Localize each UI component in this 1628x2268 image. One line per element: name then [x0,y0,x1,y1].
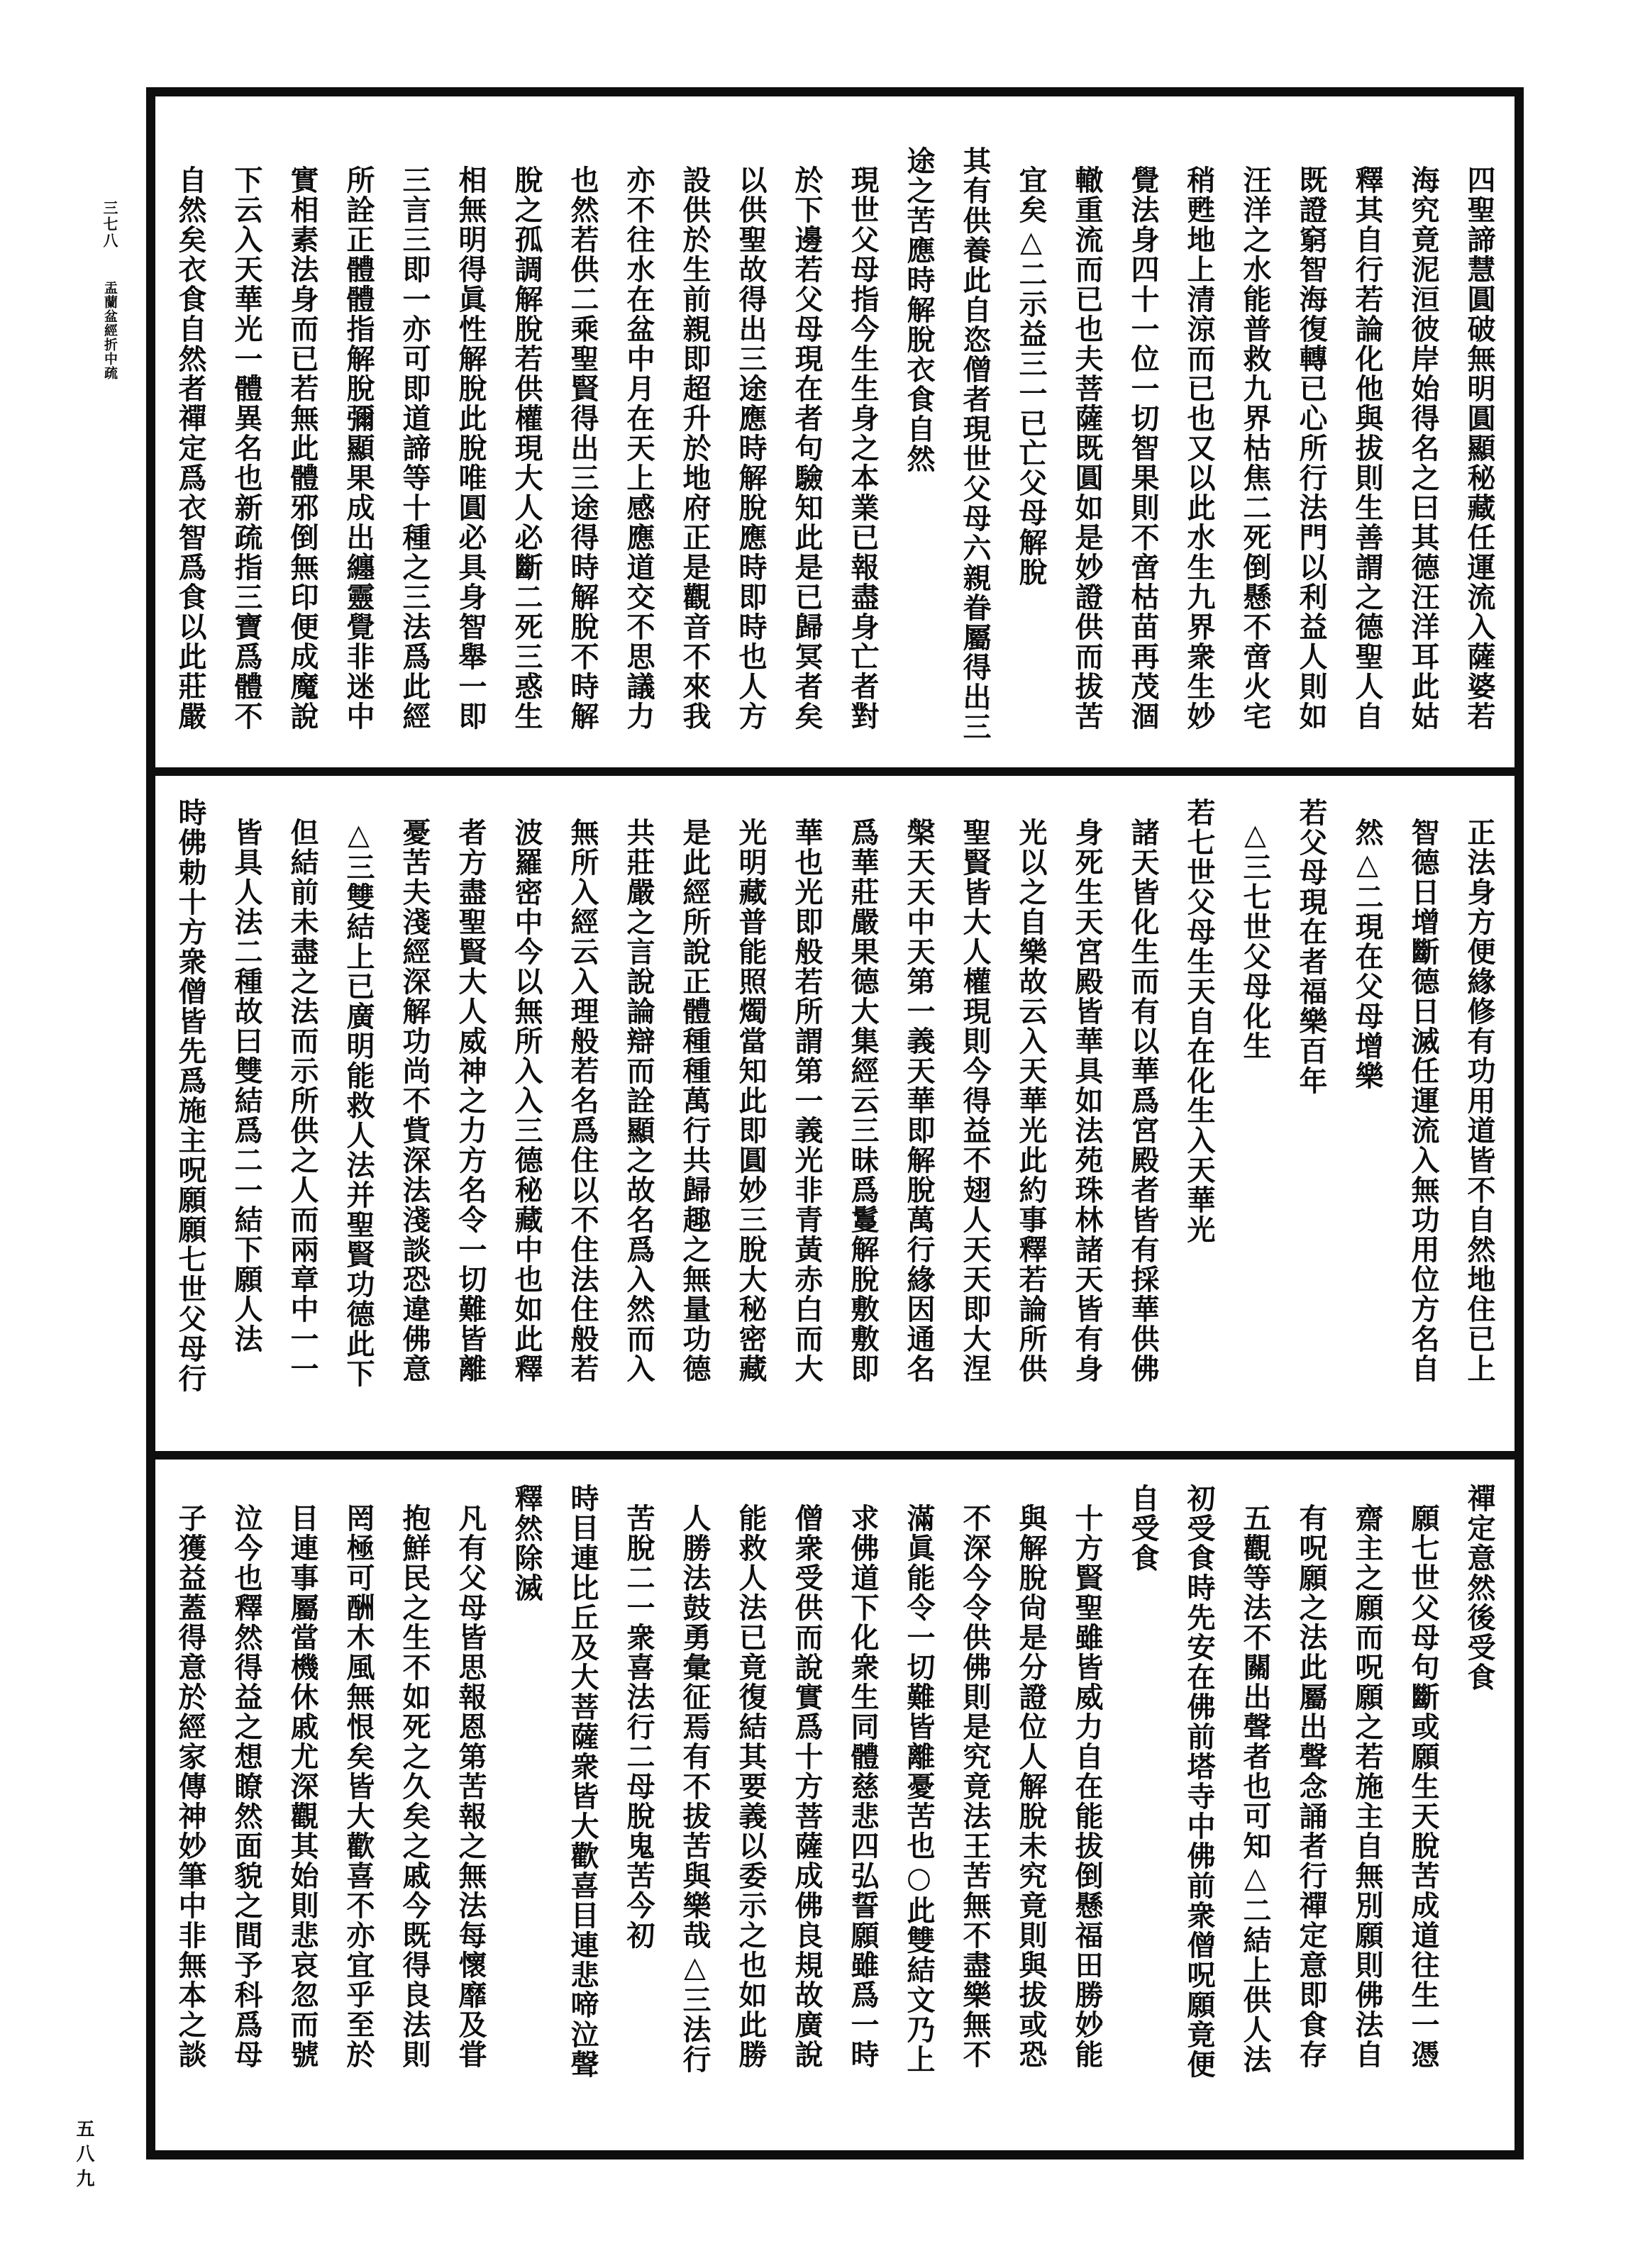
commentary-column: 但結前未盡之法而示所供之人而兩章中一一 [275,776,331,1451]
commentary-column: 三言三即一亦可即道諦等十種之三法爲此經 [387,96,443,767]
commentary-column: 人勝法鼓勇彙征焉有不拔苦與樂哉△三法行 [667,1460,723,2150]
commentary-column: 稍甦地上清涼而已也又以此水生九界衆生妙 [1171,96,1227,767]
commentary-column: 諸天皆化生而有以華爲宮殿者皆有採華供佛 [1115,776,1171,1451]
commentary-column: 四聖諦慧圓破無明圓顯秘藏任運流入薩婆若 [1451,96,1507,767]
band-bottom: 禪定意然後受食願七世父母句斷或願生天脫苦成道往生一憑齋主之願而呪願之若施主自無別… [155,1460,1515,2150]
commentary-column: 爲華莊嚴果德大集經云三昧爲鬘解脫敷敷即 [835,776,891,1451]
commentary-column: 智德日增斷德日滅任運流入無功用位方名自 [1395,776,1451,1451]
commentary-column: 目連事屬當機休戚尤深觀其始則悲哀忽而號 [275,1460,331,2150]
commentary-column: 設供於生前親即超升於地府正是觀音不來我 [667,96,723,767]
commentary-column: 現世父母指今生生身之本業已報盡身亡者對 [835,96,891,767]
commentary-column: 以供聖故得出三途應時解脫應時即時也人方 [723,96,779,767]
commentary-column: 是此經所說正體種種萬行共歸趣之無量功德 [667,776,723,1451]
commentary-column: 槃天天中天第一義天華即解脫萬行緣因通名 [891,776,947,1451]
sutra-quote-column: 若七世父母生天自在化生入天華光 [1171,776,1227,1451]
text-frame: 四聖諦慧圓破無明圓顯秘藏任運流入薩婆若海究竟泥洹彼岸始得名之曰其德汪洋耳此姑釋其… [146,87,1524,2159]
band-divider [155,1451,1515,1460]
commentary-column: 身死生天宮殿皆華具如法苑珠林諸天皆有身 [1059,776,1115,1451]
margin-header: 三七八 盂蘭盆經折中疏 [99,200,121,380]
commentary-column: 也然若供二乘聖賢得出三途得時解脫不時解 [555,96,611,767]
band-middle: 正法身方便緣修有功用道皆不自然地住已上智德日增斷德日滅任運流入無功用位方名自然△… [155,776,1515,1451]
commentary-column: 十方賢聖雖皆威力自在能拔倒懸福田勝妙能 [1059,1460,1115,2150]
margin-running-title: 盂蘭盆經折中疏 [101,281,120,380]
commentary-column: 宜矣△二示益三一已亡父母解脫 [1003,96,1059,767]
scanned-sutra-page: { "document": { "margin": { "volume_page… [0,0,1628,2268]
commentary-column: 覺法身四十一位一切智果則不啻枯苗再茂涸 [1115,96,1171,767]
page-number: 五八九 [71,2119,97,2194]
commentary-column: 轍重流而已也夫菩薩既圓如是妙證供而拔苦 [1059,96,1115,767]
commentary-column: 相無明得眞性解脫此脫唯圓必具身智舉一即 [443,96,499,767]
commentary-column: 光明藏普能照燭當知此即圓妙三脫大秘密藏 [723,776,779,1451]
commentary-column: 華也光即般若所謂第一義光非青黃赤白而大 [779,776,835,1451]
commentary-column: 汪洋之水能普救九界枯焦二死倒懸不啻火宅 [1227,96,1283,767]
commentary-column: 釋其自行若論化他與拔則生善謂之德聖人自 [1339,96,1395,767]
commentary-column: 凡有父母皆思報恩第苦報之無法每懷靡及甞 [443,1460,499,2150]
commentary-column: 於下邊若父母現在者句驗知此是已歸冥者矣 [779,96,835,767]
sutra-quote-column: 其有供養此自恣僧者現世父母六親眷屬得出三 [947,96,1003,767]
commentary-column: 海究竟泥洹彼岸始得名之曰其德汪洋耳此姑 [1395,96,1451,767]
commentary-column: 子獲益蓋得意於經家傳神妙筆中非無本之談 [162,1460,218,2150]
sutra-quote-column: 時佛勅十方衆僧皆先爲施主呪願願七世父母行 [162,776,218,1451]
commentary-column: 實相素法身而已若無此體邪倒無印便成魔說 [275,96,331,767]
commentary-column: 光以之自樂故云入天華光此約事釋若論所供 [1003,776,1059,1451]
band-top: 四聖諦慧圓破無明圓顯秘藏任運流入薩婆若海究竟泥洹彼岸始得名之曰其德汪洋耳此姑釋其… [155,96,1515,767]
commentary-column: 五觀等法不關出聲者也可知△二結上供人法 [1227,1460,1283,2150]
commentary-column: 聖賢皆大人權現則今得益不翅人天天即大涅 [947,776,1003,1451]
band-divider [155,767,1515,776]
commentary-column: 苦脫二一衆喜法行二母脫鬼苦今初 [611,1460,667,2150]
commentary-column: 不深今令供佛則是究竟法王苦無不盡樂無不 [947,1460,1003,2150]
commentary-column: 泣今也釋然得益之想瞭然面貌之間予科爲母 [218,1460,275,2150]
commentary-column: 正法身方便緣修有功用道皆不自然地住已上 [1451,776,1507,1451]
commentary-column: 無所入經云入理般若名爲住以不住法住般若 [555,776,611,1451]
commentary-column: 有呪願之法此屬出聲念誦者行禪定意即食存 [1283,1460,1339,2150]
commentary-column: 自然矣衣食自然者禪定爲衣智爲食以此莊嚴 [162,96,218,767]
commentary-column: 所詮正體體指解脫彌顯果成出纏靈覺非迷中 [331,96,387,767]
commentary-column: 齋主之願而呪願之若施主自無別願則佛法自 [1339,1460,1395,2150]
commentary-column: 波羅密中今以無所入入三德秘藏中也如此釋 [499,776,555,1451]
sutra-quote-column: 途之苦應時解脫衣食自然 [891,96,947,767]
commentary-column: 亦不往水在盆中月在天上感應道交不思議力 [611,96,667,767]
commentary-column: 與解脫尙是分證位人解脫未究竟則與拔或恐 [1003,1460,1059,2150]
sutra-quote-column: 時目連比丘及大菩薩衆皆大歡喜目連悲啼泣聲 [555,1460,611,2150]
sutra-quote-column: 禪定意然後受食 [1451,1460,1507,2150]
commentary-column: 脫之孤調解脫若供權現大人必斷二死三惑生 [499,96,555,767]
sutra-quote-column: 釋然除滅 [499,1460,555,2150]
commentary-column: 然△二現在父母增樂 [1339,776,1395,1451]
commentary-column: △三雙結上已廣明能救人法并聖賢功德此下 [331,776,387,1451]
margin-volume-page: 三七八 [101,200,119,249]
sutra-quote-column: 若父母現在者福樂百年 [1283,776,1339,1451]
commentary-column: 既證窮智海復轉已心所行法門以利益人則如 [1283,96,1339,767]
commentary-column: 共莊嚴之言說論辯而詮顯之故名爲入然而入 [611,776,667,1451]
commentary-column: 罔極可酬木風無恨矣皆大歡喜不亦宜乎至於 [331,1460,387,2150]
commentary-column: 能救人法已竟復結其要義以委示之也如此勝 [723,1460,779,2150]
sutra-quote-column: 初受食時先安在佛前塔寺中佛前衆僧呪願竟便 [1171,1460,1227,2150]
commentary-column: 下云入天華光一體異名也新疏指三寶爲體不 [218,96,275,767]
sutra-quote-column: 自受食 [1115,1460,1171,2150]
commentary-column: 滿眞能令一切難皆離憂苦也○此雙結文乃上 [891,1460,947,2150]
commentary-column: 者方盡聖賢大人威神之力方名令一切難皆離 [443,776,499,1451]
commentary-column: 願七世父母句斷或願生天脫苦成道往生一憑 [1395,1460,1451,2150]
commentary-column: 皆具人法二種故曰雙結爲二一結下願人法 [218,776,275,1451]
commentary-column: △三七世父母化生 [1227,776,1283,1451]
commentary-column: 求佛道下化衆生同體慈悲四弘誓願雖爲一時 [835,1460,891,2150]
commentary-column: 抱鮮民之生不如死之久矣之戚今既得良法則 [387,1460,443,2150]
commentary-column: 憂苦夫淺經深解功尚不貲深法淺談恐違佛意 [387,776,443,1451]
commentary-column: 僧衆受供而說實爲十方菩薩成佛良規故廣說 [779,1460,835,2150]
